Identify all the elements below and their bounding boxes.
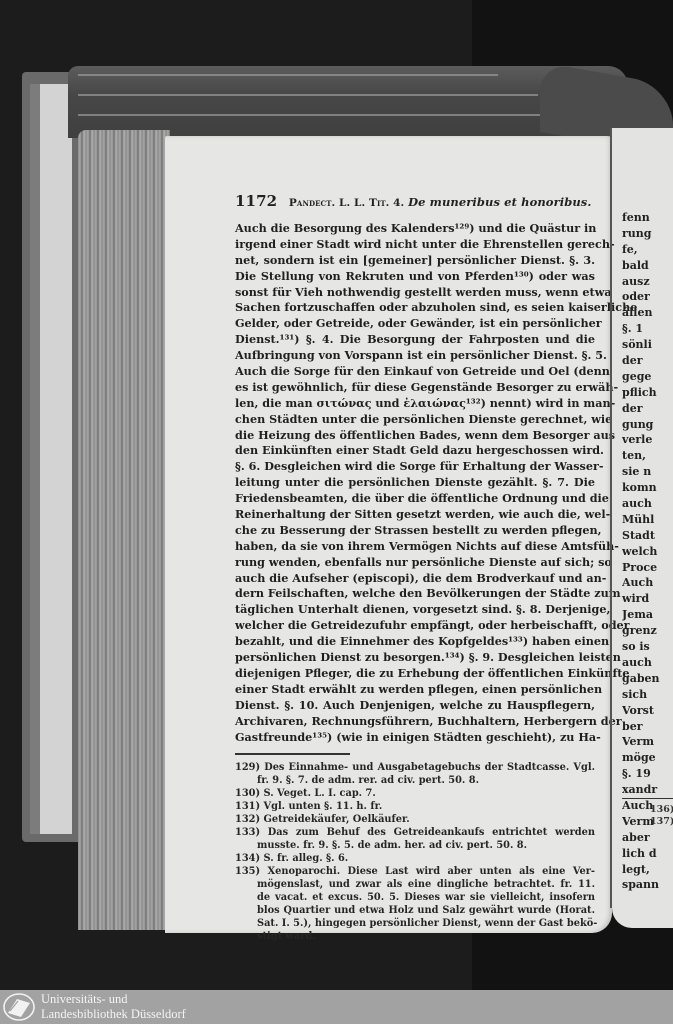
institution-line-1: Universitäts- und xyxy=(41,992,186,1007)
right-page-line: sönli xyxy=(622,337,673,353)
footnote-line: fr. 9. §. 7. de adm. rer. ad civ. pert. … xyxy=(235,774,595,787)
right-page-line: §. 1 xyxy=(622,321,673,337)
right-page-line: rung xyxy=(622,226,673,242)
body-line: Auch die Besorgung des Kalenders¹²⁹) und… xyxy=(235,221,595,237)
footnote-line: stigt ward. xyxy=(235,930,595,943)
body-line: Reinerhaltung der Sitten gesetzt werden,… xyxy=(235,507,595,523)
page-edge-line xyxy=(78,74,498,76)
body-line: §. 6. Desgleichen wird die Sorge für Erh… xyxy=(235,459,595,475)
right-page-line: Vorst xyxy=(622,703,673,719)
footnote-line: de vacat. et excus. 50. 5. Dieses war si… xyxy=(235,891,595,904)
body-line: Archivaren, Rechnungsführern, Buchhalter… xyxy=(235,714,595,730)
footnote-line: 131) Vgl. unten §. 11. h. fr. xyxy=(235,800,595,813)
footnote-line: 135) Xenoparochi. Diese Last wird aber u… xyxy=(235,865,595,878)
right-page-line: Verm xyxy=(622,734,673,750)
right-page-line: Mühl xyxy=(622,512,673,528)
body-line: che zu Besserung der Strassen bestellt z… xyxy=(235,523,595,539)
running-head: 1172 Pandect. L. L. Tit. 4. De muneribus… xyxy=(235,193,595,211)
right-page-line: §. 19 xyxy=(622,766,673,782)
right-page-line: auch xyxy=(622,655,673,671)
right-page-line: der xyxy=(622,401,673,417)
institution-line-2: Landesbibliothek Düsseldorf xyxy=(41,1007,186,1022)
right-page-line: legt, xyxy=(622,862,673,878)
body-line: es ist gewöhnlich, für diese Gegenstände… xyxy=(235,380,595,396)
cover-groove xyxy=(30,84,40,834)
right-page-line: welch xyxy=(622,544,673,560)
right-page-line: ausz xyxy=(622,274,673,290)
right-page-line: pflich xyxy=(622,385,673,401)
body-line: auch die Aufseher (episcopi), die dem Br… xyxy=(235,571,595,587)
footer-bar: Universitäts- und Landesbibliothek Düsse… xyxy=(0,990,673,1024)
page-edge-line xyxy=(78,114,578,116)
page-edge-line xyxy=(78,94,538,96)
body-line: rung wenden, ebenfalls nur persönliche D… xyxy=(235,555,595,571)
footnote-line: 134) S. fr. alleg. §. 6. xyxy=(235,852,595,865)
right-page-line: gege xyxy=(622,369,673,385)
body-line: die Heizung des öffentlichen Bades, wenn… xyxy=(235,428,595,444)
body-line: Sachen fortzuschaffen oder abzuholen sin… xyxy=(235,300,595,316)
body-line: sonst für Vieh nothwendig gestellt werde… xyxy=(235,285,595,301)
right-page-line: auch xyxy=(622,496,673,512)
body-line: diejenigen Pfleger, die zu Erhebung der … xyxy=(235,666,595,682)
right-page-line: der xyxy=(622,353,673,369)
page-number: 1172 xyxy=(235,192,277,210)
footnote-line: 129) Des Einnahme- und Ausgabetagebuchs … xyxy=(235,761,595,774)
right-page-line: lich d xyxy=(622,846,673,862)
body-text: Auch die Besorgung des Kalenders¹²⁹) und… xyxy=(235,221,595,745)
body-line: täglichen Unterhalt dienen, vorgesetzt s… xyxy=(235,602,595,618)
footnote-rule xyxy=(235,753,350,755)
body-line: Die Stellung von Rekruten und von Pferde… xyxy=(235,269,595,285)
right-page-line: sie n xyxy=(622,464,673,480)
footnote-line: musste. fr. 9. §. 5. de adm. her. ad civ… xyxy=(235,839,595,852)
page-content: 1172 Pandect. L. L. Tit. 4. De muneribus… xyxy=(235,193,595,943)
right-page-line: Stadt xyxy=(622,528,673,544)
right-page-line: fenn xyxy=(622,210,673,226)
body-line: irgend einer Stadt wird nicht unter die … xyxy=(235,237,595,253)
body-line: persönlichen Dienst zu besorgen.¹³⁴) §. … xyxy=(235,650,595,666)
right-page-footnotes: 136) 137) xyxy=(650,804,673,828)
right-page-line: fe, xyxy=(622,242,673,258)
body-line: Gastfreunde¹³⁵) (wie in einigen Städten … xyxy=(235,730,595,746)
right-page-line: verle xyxy=(622,432,673,448)
right-page-line: spann xyxy=(622,877,673,893)
right-page-line: sich xyxy=(622,687,673,703)
footnote-line: 132) Getreidekäufer, Oelkäufer. xyxy=(235,813,595,826)
footnote-line: mögenslast, und zwar als eine dingliche … xyxy=(235,878,595,891)
right-page-line: ten, xyxy=(622,448,673,464)
running-head-section: Pandect. L. L. Tit. 4. xyxy=(289,197,404,209)
right-page-line: wird xyxy=(622,591,673,607)
left-page: 1172 Pandect. L. L. Tit. 4. De muneribus… xyxy=(165,136,612,933)
body-line: net, sondern ist ein [gemeiner] persönli… xyxy=(235,253,595,269)
right-page-line: gaben xyxy=(622,671,673,687)
footnote-line: Sat. I. 5.), hingegen persönlicher Diens… xyxy=(235,917,595,930)
body-line: bezahlt, und die Einnehmer des Kopfgelde… xyxy=(235,634,595,650)
body-line: Gelder, oder Getreide, oder Gewänder, is… xyxy=(235,316,595,332)
body-line: den Einkünften einer Stadt Geld dazu her… xyxy=(235,443,595,459)
right-page-line: so is xyxy=(622,639,673,655)
right-footnote-number: 137) xyxy=(650,816,673,828)
running-head-title: De muneribus et honoribus. xyxy=(408,195,591,209)
right-page-line: aber xyxy=(622,830,673,846)
right-page-line: komn xyxy=(622,480,673,496)
footnotes: 129) Des Einnahme- und Ausgabetagebuchs … xyxy=(235,761,595,943)
body-line: chen Städten unter die persönlichen Dien… xyxy=(235,412,595,428)
body-line: dern Feilschaften, welche den Bevölkerun… xyxy=(235,586,595,602)
cover-inner-board xyxy=(40,84,72,834)
footnote-line: blos Quartier und etwa Holz und Salz gew… xyxy=(235,904,595,917)
right-page-line: möge xyxy=(622,750,673,766)
body-line: einer Stadt erwählt zu werden pflegen, e… xyxy=(235,682,595,698)
body-line: Auch die Sorge für den Einkauf von Getre… xyxy=(235,364,595,380)
body-line: welcher die Getreidezufuhr empfängt, ode… xyxy=(235,618,595,634)
footnote-line: 133) Das zum Behuf des Getreideankaufs e… xyxy=(235,826,595,839)
right-page-line: Proce xyxy=(622,560,673,576)
institution-name[interactable]: Universitäts- und Landesbibliothek Düsse… xyxy=(41,992,186,1022)
footnote-line: 130) S. Veget. L. I. cap. 7. xyxy=(235,787,595,800)
body-line: Friedensbeamten, die über die öffentlich… xyxy=(235,491,595,507)
right-page-line: gung xyxy=(622,417,673,433)
book-gutter xyxy=(610,128,612,908)
book-scan: fennrungfe,baldauszoderállen§. 1sönlider… xyxy=(0,0,673,990)
right-page-line: ber xyxy=(622,719,673,735)
body-line: haben, da sie von ihrem Vermögen Nichts … xyxy=(235,539,595,555)
book-logo-icon xyxy=(3,993,35,1021)
page-stack-fore-edge xyxy=(78,130,170,930)
body-line: len, die man σιτώνας und ἐλαιώνας¹³²) ne… xyxy=(235,396,595,412)
right-page-line: Auch xyxy=(622,575,673,591)
right-footnote-rule xyxy=(622,798,673,799)
body-line: leitung unter die persönlichen Dienste g… xyxy=(235,475,595,491)
right-footnote-number: 136) xyxy=(650,804,673,816)
body-line: Dienst.¹³¹) §. 4. Die Besorgung der Fahr… xyxy=(235,332,595,348)
right-page-line: xandr xyxy=(622,782,673,798)
right-page-line: bald xyxy=(622,258,673,274)
body-line: Dienst. §. 10. Auch Denjenigen, welche z… xyxy=(235,698,595,714)
body-line: Aufbringung von Vorspann ist ein persönl… xyxy=(235,348,595,364)
